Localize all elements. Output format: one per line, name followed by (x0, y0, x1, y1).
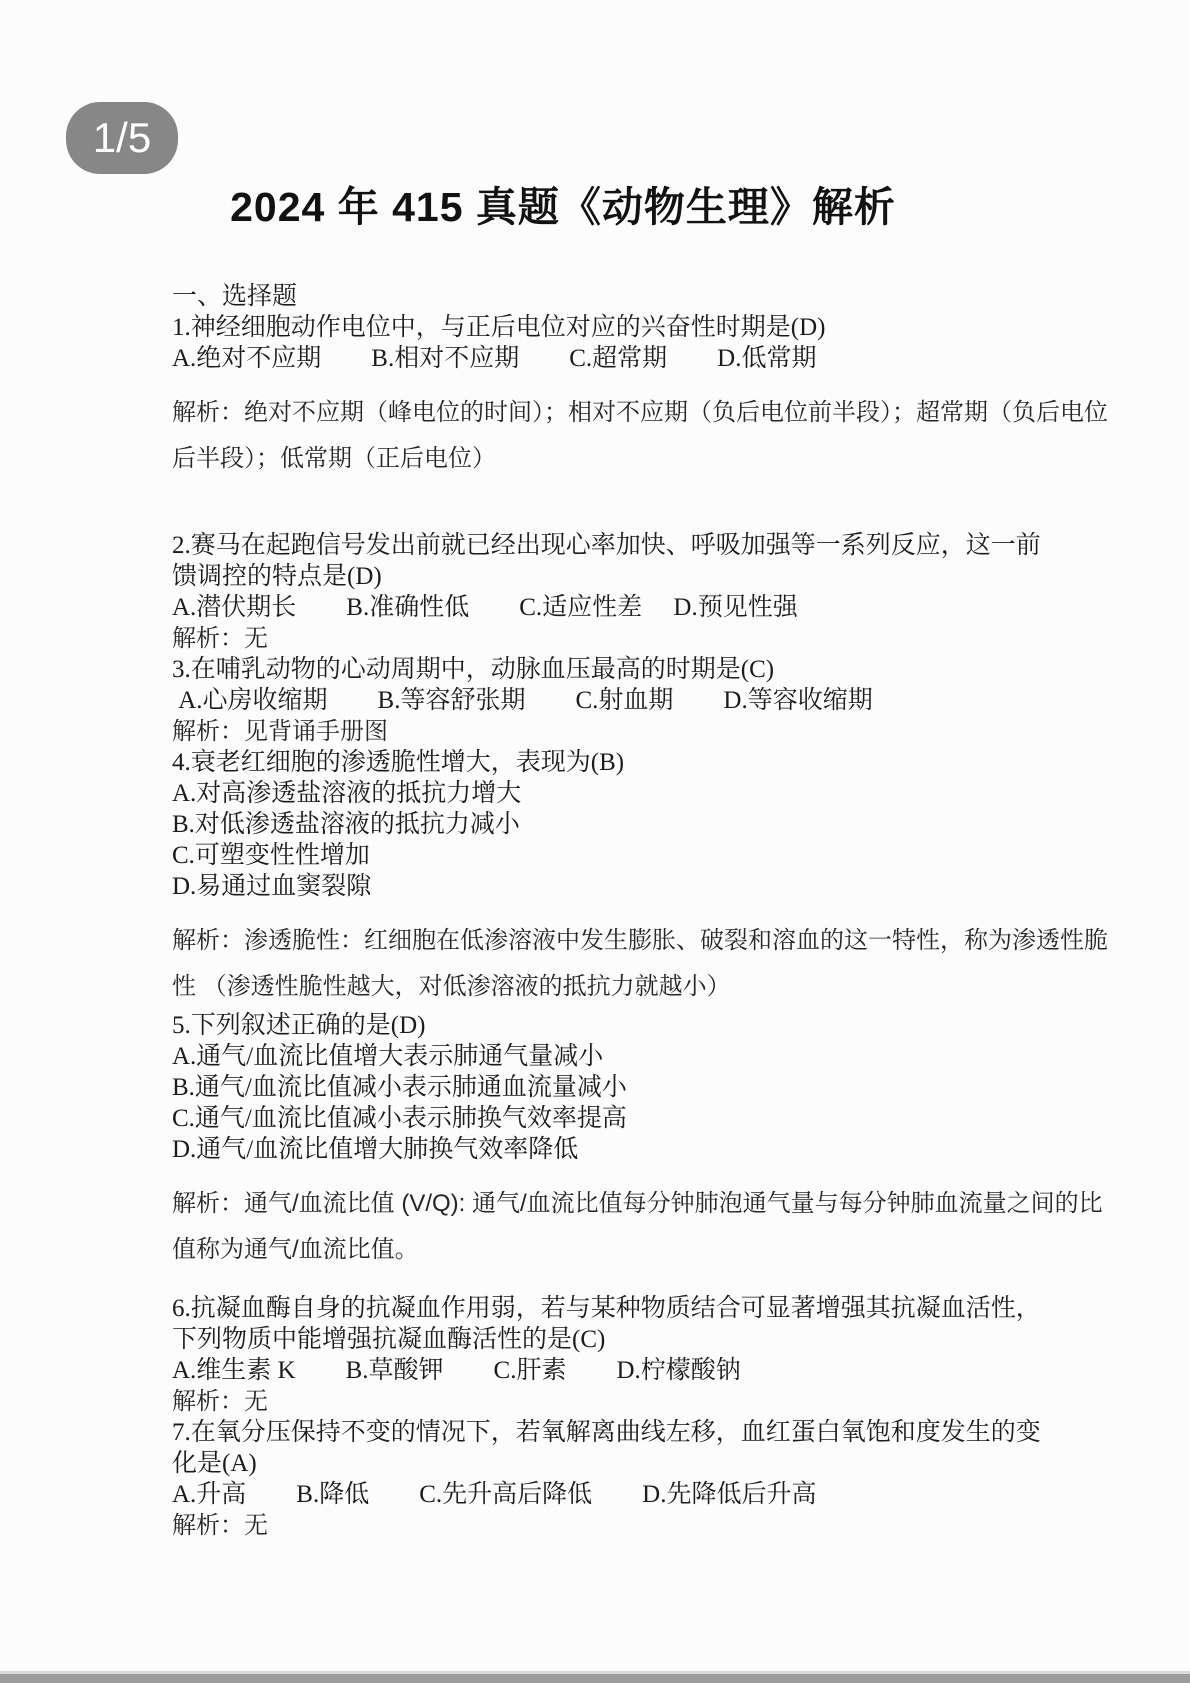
question-3-text: 3.在哺乳动物的心动周期中，动脉血压最高的时期是(C) (172, 654, 1052, 685)
question-6-analysis: 解析：无 (172, 1386, 1157, 1417)
bottom-edge-bar (0, 1671, 1190, 1683)
question-3-options: A.心房收缩期 B.等容舒张期 C.射血期 D.等容收缩期 (172, 685, 1052, 716)
blank-gap (172, 1273, 1157, 1293)
question-5-analysis: 解析：通气/血流比值 (V/Q): 通气/血流比值每分钟肺泡通气量与每分钟肺血流… (172, 1181, 1157, 1273)
page-number-badge: 1/5 (66, 102, 178, 174)
question-6-text: 6.抗凝血酶自身的抗凝血作用弱，若与某种物质结合可显著增强其抗凝血活性， 下列物… (172, 1293, 1052, 1355)
document-body: 一、选择题 1.神经细胞动作电位中，与正后电位对应的兴奋性时期是(D) A.绝对… (172, 281, 1157, 1541)
question-2-analysis: 解析：无 (172, 623, 1157, 654)
question-7-analysis: 解析：无 (172, 1510, 1157, 1541)
question-1-text: 1.神经细胞动作电位中，与正后电位对应的兴奋性时期是(D) (172, 312, 1052, 343)
question-3-analysis: 解析：见背诵手册图 (172, 716, 1157, 747)
question-4-analysis: 解析：渗透脆性：红细胞在低渗溶液中发生膨胀、破裂和溶血的这一特性，称为渗透性脆 … (172, 918, 1157, 1010)
question-4-option-a: A.对高渗透盐溶液的抵抗力增大 (172, 778, 1052, 809)
question-6-options: A.维生素 K B.草酸钾 C.肝素 D.柠檬酸钠 (172, 1355, 1052, 1386)
question-5-option-c: C.通气/血流比值减小表示肺换气效率提高 (172, 1103, 1052, 1134)
question-1-analysis: 解析：绝对不应期（峰电位的时间）；相对不应期（负后电位前半段）；超常期（负后电位… (172, 390, 1157, 482)
question-5-option-d: D.通气/血流比值增大肺换气效率降低 (172, 1134, 1052, 1165)
question-4-text: 4.衰老红细胞的渗透脆性增大，表现为(B) (172, 747, 1052, 778)
question-2-text: 2.赛马在起跑信号发出前就已经出现心率加快、呼吸加强等一系列反应，这一前 馈调控… (172, 530, 1052, 592)
blank-gap (172, 482, 1157, 530)
question-5-option-b: B.通气/血流比值减小表示肺通血流量减小 (172, 1072, 1052, 1103)
question-5-option-a: A.通气/血流比值增大表示肺通气量减小 (172, 1041, 1052, 1072)
question-5-text: 5.下列叙述正确的是(D) (172, 1010, 1052, 1041)
document-page: 1/5 2024 年 415 真题《动物生理》解析 一、选择题 1.神经细胞动作… (0, 0, 1190, 1683)
document-title: 2024 年 415 真题《动物生理》解析 (0, 174, 1126, 233)
question-4-option-b: B.对低渗透盐溶液的抵抗力减小 (172, 809, 1052, 840)
question-4-option-d: D.易通过血窦裂隙 (172, 871, 1052, 902)
section-heading: 一、选择题 (172, 281, 1052, 312)
question-1-options: A.绝对不应期 B.相对不应期 C.超常期 D.低常期 (172, 343, 1052, 374)
question-7-text: 7.在氧分压保持不变的情况下，若氧解离曲线左移，血红蛋白氧饱和度发生的变 化是(… (172, 1417, 1052, 1479)
question-7-options: A.升高 B.降低 C.先升高后降低 D.先降低后升高 (172, 1479, 1052, 1510)
question-2-options: A.潜伏期长 B.准确性低 C.适应性差 D.预见性强 (172, 592, 1052, 623)
question-4-option-c: C.可塑变性性增加 (172, 840, 1052, 871)
